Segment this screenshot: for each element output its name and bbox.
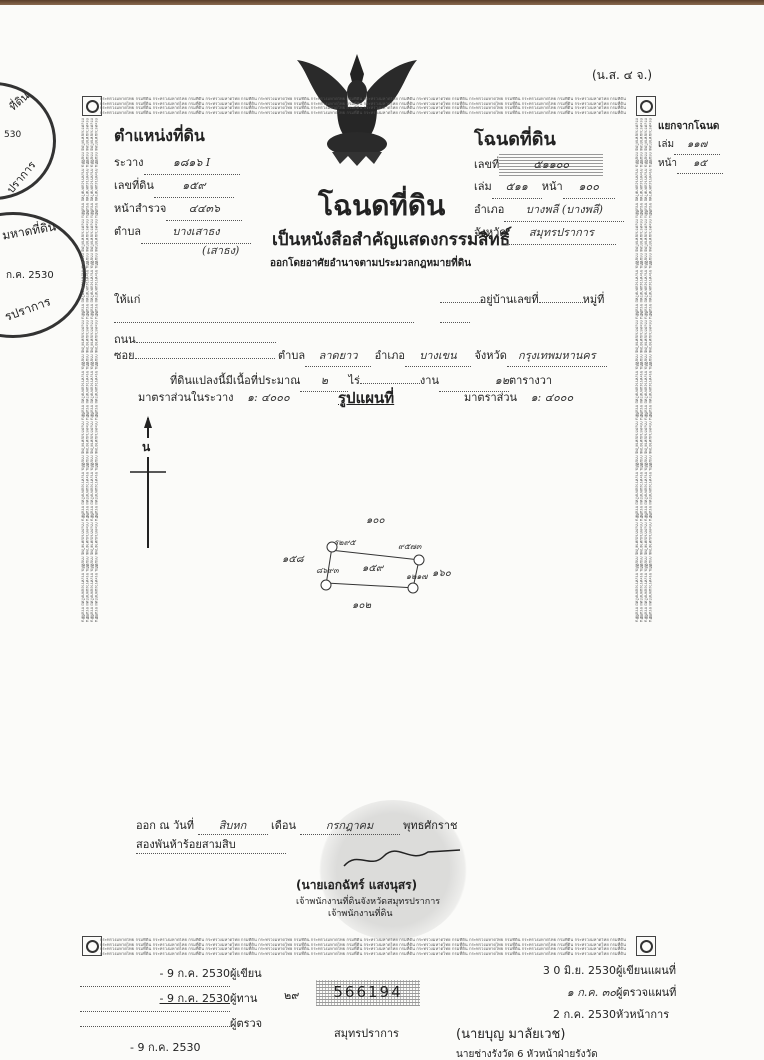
footer-province: สมุทรปราการ xyxy=(334,1024,399,1042)
owner-block: ให้แก่ อยู่บ้านเลขที่หมู่ที่ ถนน ซอย ตำบ… xyxy=(114,290,634,392)
footer-right: 3 0 มิ.ย. 2530ผู้เขียนแผนที่ ๑ ก.ค. ๓๐ผู… xyxy=(456,960,676,1060)
footer-code: ๒๙ xyxy=(284,986,299,1004)
footer-right-row-head: 2 ก.ค. 2530หัวหน้าการ xyxy=(456,1004,676,1026)
left-stamp-lower-date: ก.ค. 2530 xyxy=(6,268,54,283)
footer-left: - 9 ก.ค. 2530ผู้เขียน - 9 ก.ค. 2530ผู้ทา… xyxy=(80,962,262,1060)
footer-right-title: นายช่างรังวัด 6 หัวหน้าฝ่ายรังวัด xyxy=(456,1046,676,1060)
map-header: มาตราส่วนในระวาง ๑: ๔๐๐๐ รูปแผนที่ มาตรา… xyxy=(138,388,598,406)
page-top-edge xyxy=(0,0,764,5)
footer-left-last-date: - 9 ก.ค. 2530 xyxy=(80,1036,262,1060)
footer-left-row-checker: ผู้ตรวจ xyxy=(80,1012,262,1036)
adjacent-north: ๑๐๐ xyxy=(366,513,385,528)
footer-right-row-map-writer: 3 0 มิ.ย. 2530ผู้เขียนแผนที่ xyxy=(456,960,676,982)
field-land-number: เลขที่ดิน๑๕๙ xyxy=(114,175,251,198)
split-from-block: แยกจากโฉนด เล่ม๑๑๗ หน้า๑๕ xyxy=(658,118,723,174)
deed-fields: เลขที่๕๑๑๐๐ เล่ม๕๑๑หน้า๑๐๐ อำเภอบางพลี (… xyxy=(474,154,624,245)
footer-left-row-writer: - 9 ก.ค. 2530ผู้เขียน xyxy=(80,962,262,987)
deed-district: อำเภอบางพลี (บางพลี) xyxy=(474,199,624,222)
frame-border-left: กระทรวงมหาดไทย กรมที่ดิน กระทรวงมหาดไทย … xyxy=(80,118,98,936)
soi-line: ซอย ตำบลลาดยาว อำเภอบางเขน จังหวัดกรุงเท… xyxy=(114,346,634,367)
signer-name: (นายเอกฉัทร์ แสงนุสร) xyxy=(296,876,417,895)
frame-corner-top-right xyxy=(636,96,656,116)
adjacent-south: ๑๐๒ xyxy=(352,598,371,613)
parcel-label: ๑๕๙ xyxy=(362,561,383,576)
adjacent-west: ๑๕๘ xyxy=(282,552,304,567)
frame-corner-bottom-right xyxy=(636,936,656,956)
frame-corner-top-left xyxy=(82,96,102,116)
location-fields: ระวาง๑๘๑๖ I เลขที่ดิน๑๕๙ หน้าสำรวจ๔๔๓๖ ต… xyxy=(114,152,251,258)
footer-left-row-reviewer: - 9 ก.ค. 2530ผู้ทาน xyxy=(80,987,262,1012)
signer-title-2: เจ้าพนักงานที่ดิน xyxy=(328,906,392,920)
deed-volume-page: เล่ม๕๑๑หน้า๑๐๐ xyxy=(474,176,624,199)
owner-line: ให้แก่ อยู่บ้านเลขที่หมู่ที่ xyxy=(114,290,634,330)
location-heading: ตำแหน่งที่ดิน xyxy=(114,124,205,149)
deed-province: จังหวัดสมุทรปราการ xyxy=(474,222,624,245)
left-stamp-upper-mid: 530 xyxy=(4,130,21,140)
adjacent-east: ๑๖๐ xyxy=(432,566,451,581)
document-issued-by: ออกโดยอาศัยอำนาจตามประมวลกฎหมายที่ดิน xyxy=(270,256,471,271)
corner-mark-ne: ๙๕๗๓ xyxy=(398,540,421,553)
field-tambon-alt: (เสาธง) xyxy=(114,244,251,258)
north-arrow-icon xyxy=(130,414,170,554)
corner-mark-sw: ๘๖๙๓ xyxy=(316,564,339,577)
corner-mark-se: ๑๒๑๗ xyxy=(406,570,427,583)
field-tambon: ตำบลบางเสาธง xyxy=(114,221,251,244)
form-code: (น.ส. ๔ จ.) xyxy=(592,66,652,85)
document-title: โฉนดที่ดิน xyxy=(318,184,445,228)
frame-border-bottom: กระทรวงมหาดไทย กรมที่ดิน กระทรวงมหาดไทย … xyxy=(100,938,630,956)
field-survey-page: หน้าสำรวจ๔๔๓๖ xyxy=(114,198,251,221)
footer-right-name: (นายบุญ มาลัยเวช) xyxy=(456,1026,676,1044)
footer-right-row-map-checker: ๑ ก.ค. ๓๐ผู้ตรวจแผนที่ xyxy=(456,982,676,1004)
field-rawang: ระวาง๑๘๑๖ I xyxy=(114,152,251,175)
corner-mark-nw: ร๒๙๕ xyxy=(334,536,355,549)
frame-corner-bottom-left xyxy=(82,936,102,956)
signature-officer xyxy=(340,840,470,876)
deed-heading: โฉนดที่ดิน xyxy=(474,124,556,153)
frame-border-top: กระทรวงมหาดไทย กรมที่ดิน กระทรวงมหาดไทย … xyxy=(100,97,630,115)
frame-border-right: กระทรวงมหาดไทย กรมที่ดิน กระทรวงมหาดไทย … xyxy=(634,118,652,936)
serial-number-box: 566194 xyxy=(316,980,420,1006)
deed-number: เลขที่๕๑๑๐๐ xyxy=(474,154,624,176)
map-title: รูปแผนที่ xyxy=(338,386,394,410)
north-label: น xyxy=(142,438,150,457)
